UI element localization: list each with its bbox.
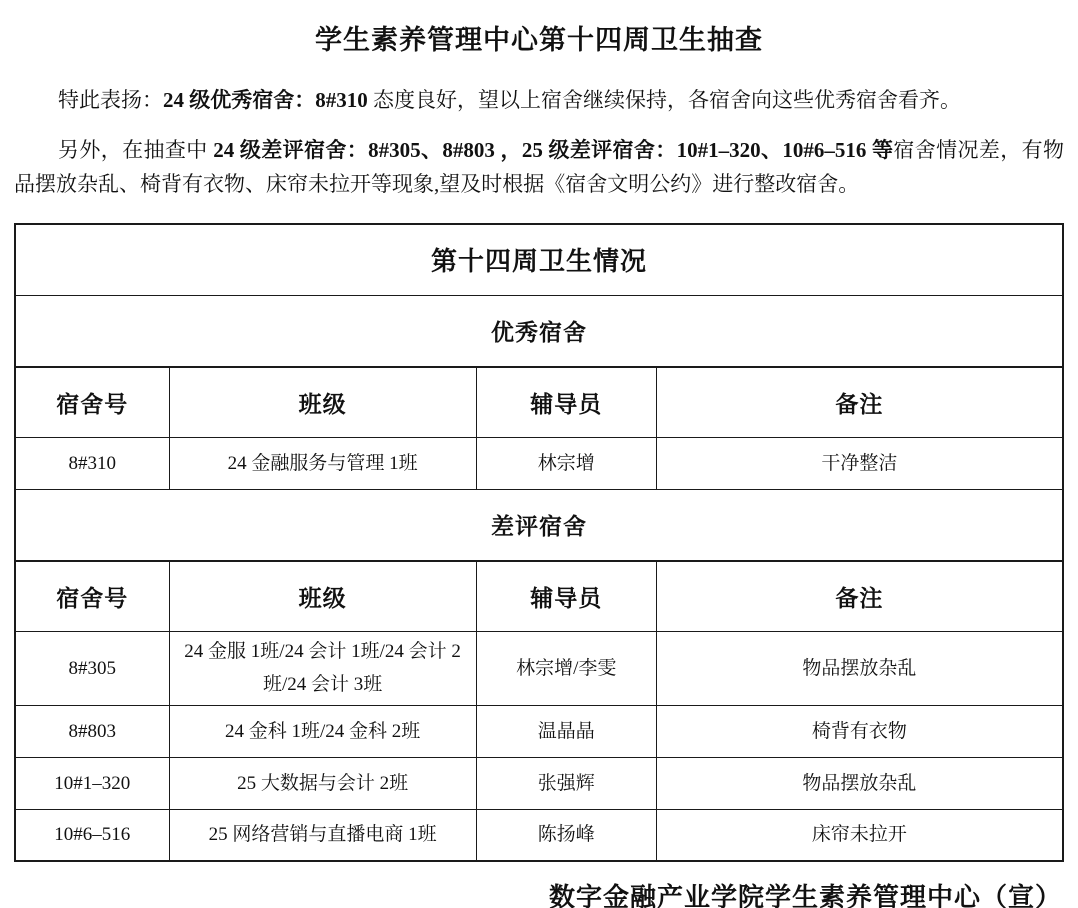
- table-title-row: 第十四周卫生情况: [15, 224, 1063, 295]
- column-header-row: 宿舍号 班级 辅导员 备注: [15, 561, 1063, 631]
- dorm-number-cell: 10#1–320: [15, 757, 169, 809]
- section-row-excellent: 优秀宿舍: [15, 295, 1063, 367]
- remarks-cell: 物品摆放杂乱: [656, 631, 1063, 705]
- counselor-cell: 陈扬峰: [476, 809, 656, 861]
- remarks-cell: 物品摆放杂乱: [656, 757, 1063, 809]
- table-row: 8#803 24 金科 1班/24 金科 2班 温晶晶 椅背有衣物: [15, 705, 1063, 757]
- dorm-number-cell: 10#6–516: [15, 809, 169, 861]
- page-title: 学生素养管理中心第十四周卫生抽查: [14, 18, 1064, 57]
- commendation-paragraph: 特此表扬：24 级优秀宿舍：8#310 态度良好，望以上宿舍继续保持，各宿舍向这…: [14, 83, 1064, 117]
- class-cell: 25 大数据与会计 2班: [169, 757, 476, 809]
- table-row: 10#1–320 25 大数据与会计 2班 张强辉 物品摆放杂乱: [15, 757, 1063, 809]
- counselor-cell: 林宗增/李雯: [476, 631, 656, 705]
- criticism-paragraph: 另外，在抽查中 24 级差评宿舍：8#305、8#803 ，25 级差评宿舍：1…: [14, 133, 1064, 201]
- class-cell: 25 网络营销与直播电商 1班: [169, 809, 476, 861]
- column-header-counselor: 辅导员: [476, 367, 656, 437]
- column-header-class: 班级: [169, 367, 476, 437]
- remarks-cell: 椅背有衣物: [656, 705, 1063, 757]
- dorm-number-cell: 8#803: [15, 705, 169, 757]
- paragraph1-prefix: 特此表扬：: [58, 88, 163, 112]
- column-header-dorm: 宿舍号: [15, 367, 169, 437]
- section-row-poor: 差评宿舍: [15, 489, 1063, 561]
- paragraph1-suffix: 态度良好，望以上宿舍继续保持，各宿舍向这些优秀宿舍看齐。: [368, 88, 961, 112]
- paragraph2-prefix: 另外，在抽查中: [58, 138, 213, 162]
- class-cell: 24 金融服务与管理 1班: [169, 437, 476, 489]
- paragraph2-bold-text: 24 级差评宿舍：8#305、8#803 ，25 级差评宿舍：10#1–320、…: [213, 138, 893, 162]
- table-row: 10#6–516 25 网络营销与直播电商 1班 陈扬峰 床帘未拉开: [15, 809, 1063, 861]
- signature-footer: 数字金融产业学院学生素养管理中心（宣）: [14, 862, 1064, 908]
- remarks-cell: 床帘未拉开: [656, 809, 1063, 861]
- remarks-cell: 干净整洁: [656, 437, 1063, 489]
- column-header-remarks: 备注: [656, 367, 1063, 437]
- counselor-cell: 温晶晶: [476, 705, 656, 757]
- document-page: 学生素养管理中心第十四周卫生抽查 特此表扬：24 级优秀宿舍：8#310 态度良…: [0, 0, 1078, 908]
- class-cell: 24 金服 1班/24 会计 1班/24 会计 2班/24 会计 3班: [169, 631, 476, 705]
- column-header-row: 宿舍号 班级 辅导员 备注: [15, 367, 1063, 437]
- column-header-class: 班级: [169, 561, 476, 631]
- column-header-remarks: 备注: [656, 561, 1063, 631]
- column-header-dorm: 宿舍号: [15, 561, 169, 631]
- table-row: 8#305 24 金服 1班/24 会计 1班/24 会计 2班/24 会计 3…: [15, 631, 1063, 705]
- class-cell: 24 金科 1班/24 金科 2班: [169, 705, 476, 757]
- section-header-poor: 差评宿舍: [15, 489, 1063, 561]
- hygiene-table: 第十四周卫生情况 优秀宿舍 宿舍号 班级 辅导员 备注 8#310 24 金融服…: [14, 223, 1064, 862]
- paragraph1-bold-text: 24 级优秀宿舍：8#310: [163, 88, 368, 112]
- column-header-counselor: 辅导员: [476, 561, 656, 631]
- table-title: 第十四周卫生情况: [15, 224, 1063, 295]
- counselor-cell: 林宗增: [476, 437, 656, 489]
- dorm-number-cell: 8#305: [15, 631, 169, 705]
- dorm-number-cell: 8#310: [15, 437, 169, 489]
- section-header-excellent: 优秀宿舍: [15, 295, 1063, 367]
- table-row: 8#310 24 金融服务与管理 1班 林宗增 干净整洁: [15, 437, 1063, 489]
- counselor-cell: 张强辉: [476, 757, 656, 809]
